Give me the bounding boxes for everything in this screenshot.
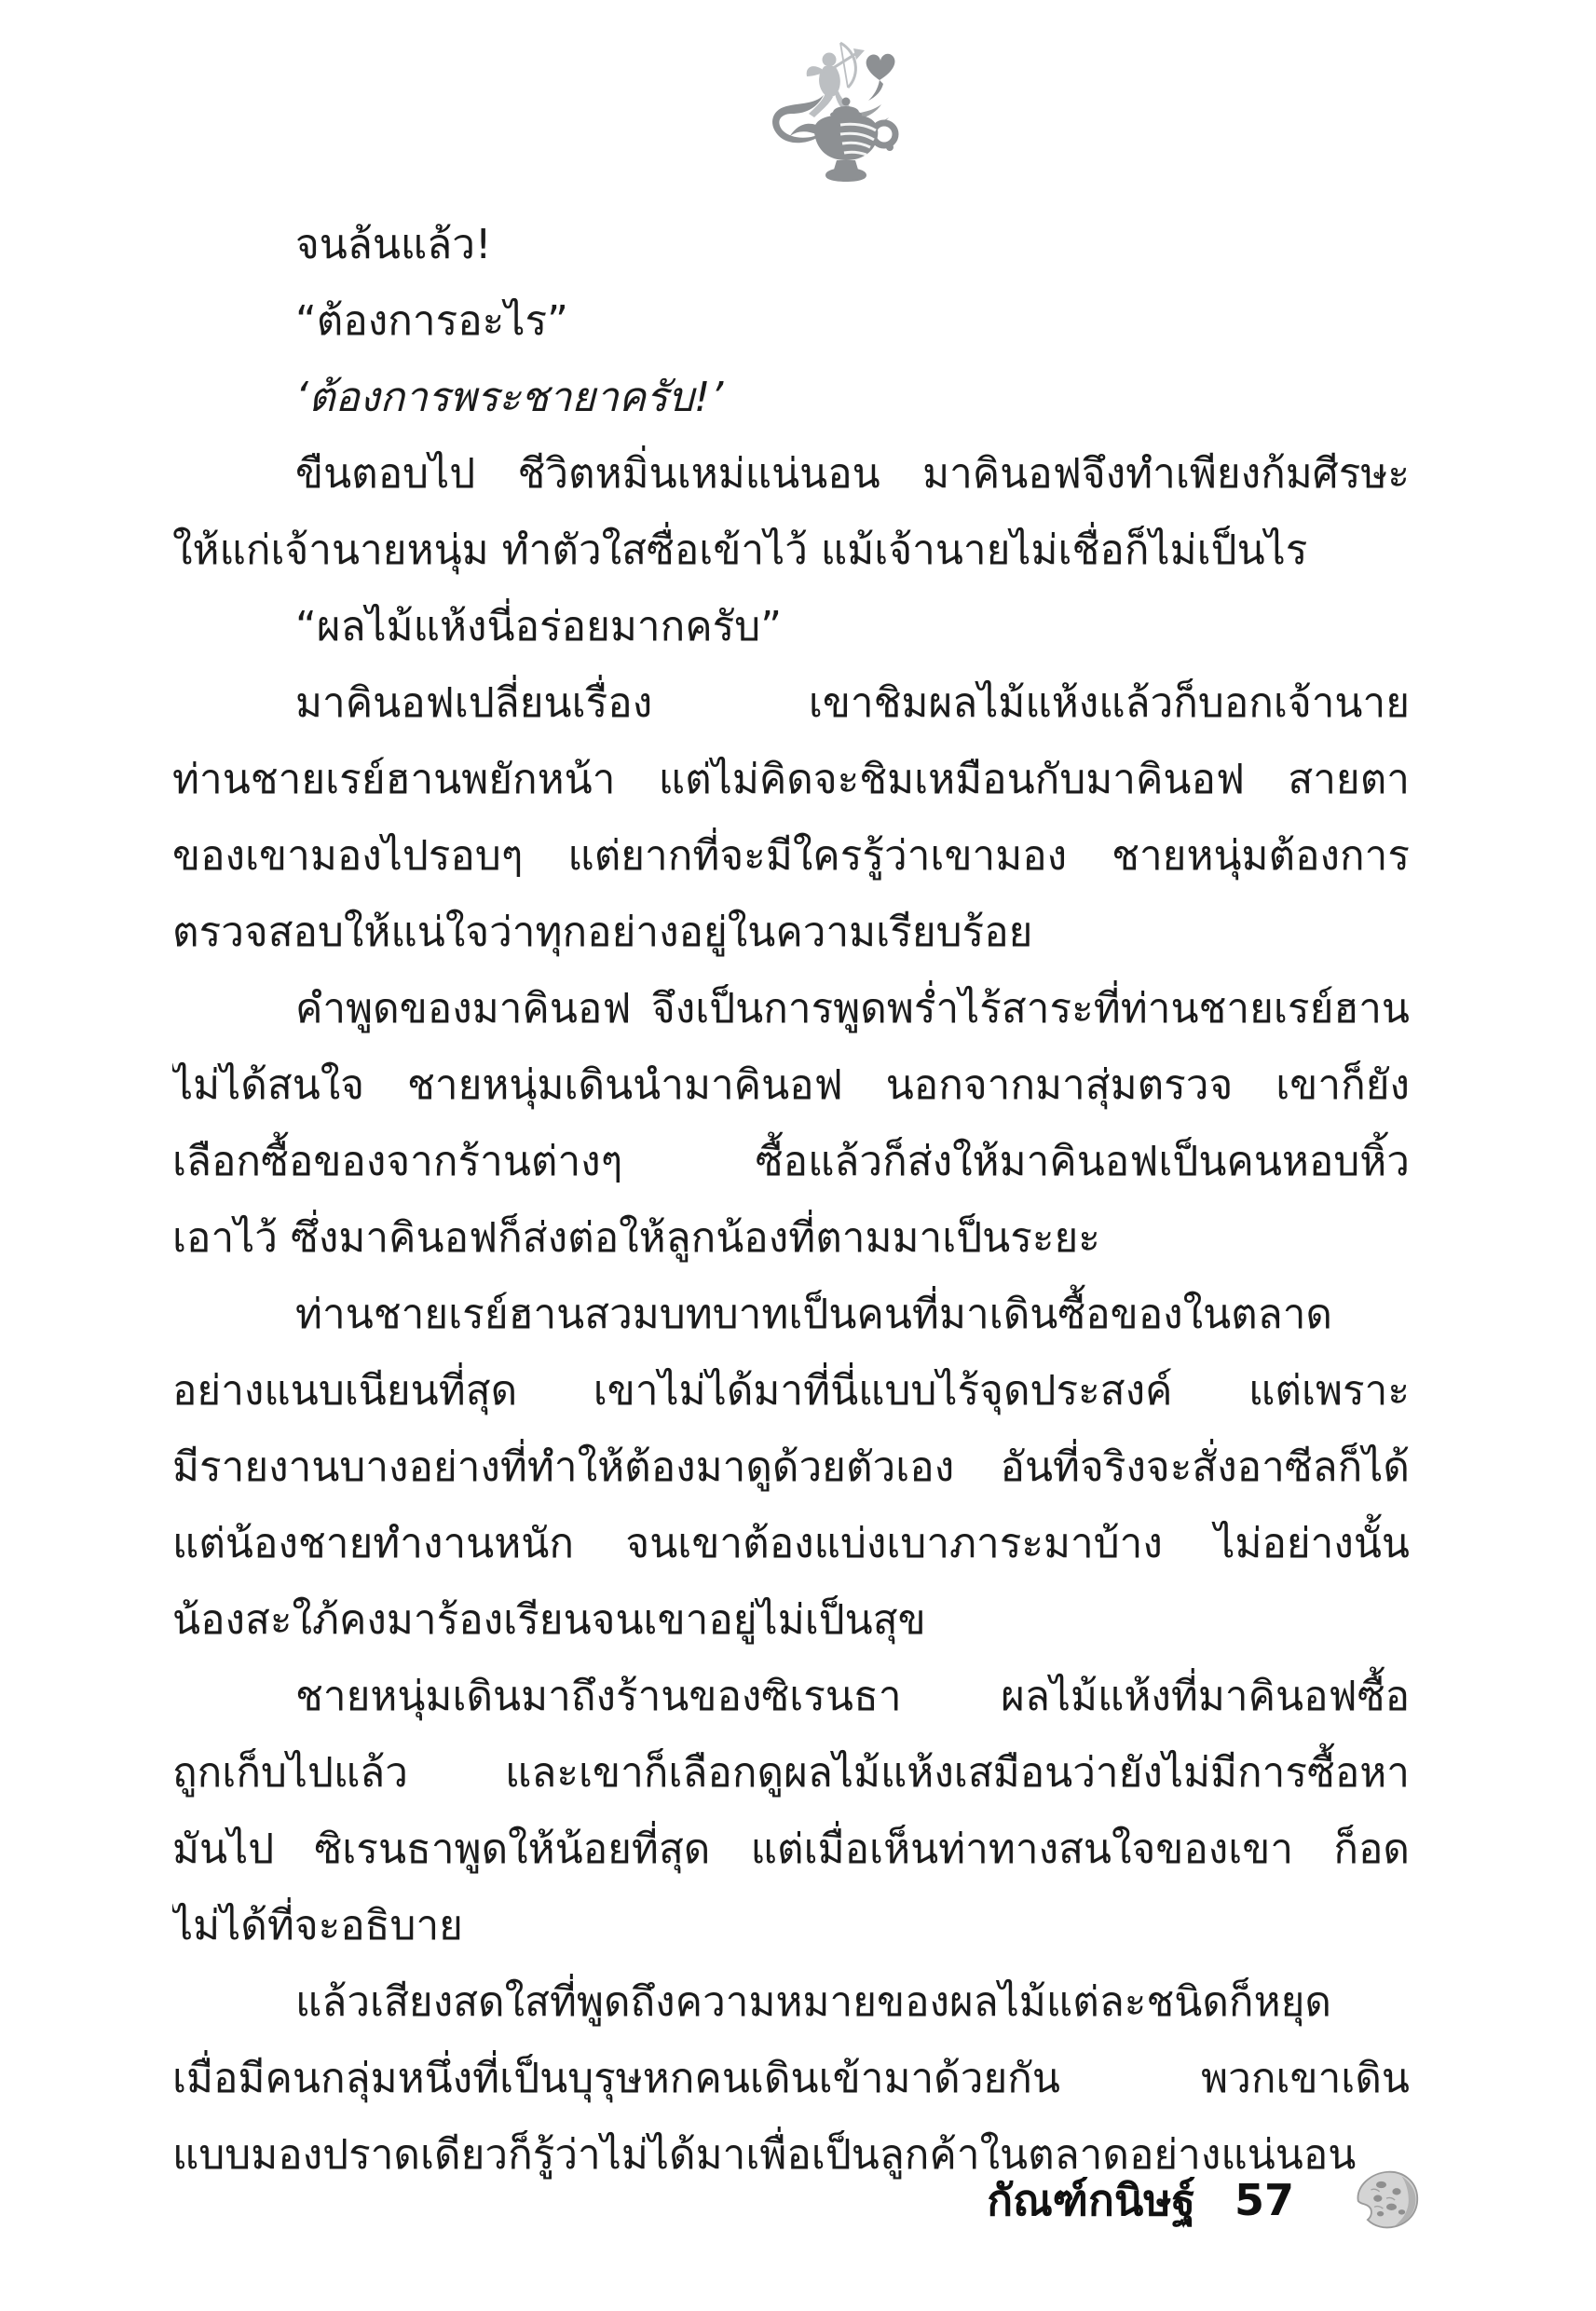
text-line: เอาไว้ ซึ่งมาคินอฟก็ส่งต่อให้ลูกน้องที่ต… [172,1200,1410,1277]
text-line: ท่านชายเรย์ฮานพยักหน้า แต่ไม่คิดจะชิมเหม… [172,742,1410,818]
text-line: น้องสะใภ้คงมาร้องเรียนจนเขาอยู่ไม่เป็นสุ… [172,1582,1410,1659]
text-line: ไม่ได้สนใจ ชายหนุ่มเดินนำมาคินอฟ นอกจากม… [172,1047,1410,1124]
text-line: อย่างแนบเนียนที่สุด เขาไม่ได้มาที่นี่แบบ… [172,1353,1410,1429]
text-line: ชายหนุ่มเดินมาถึงร้านของซิเรนธา ผลไม้แห้… [172,1659,1410,1735]
text-line: ของเขามองไปรอบๆ แต่ยากที่จะมีใครรู้ว่าเข… [172,818,1410,895]
text-line: แล้วเสียงสดใสที่พูดถึงความหมายของผลไม้แต… [172,1964,1410,2041]
book-page: จนล้นแล้ว!“ต้องการอะไร”‘ต้องการพระชายาคร… [0,0,1596,2311]
cookie-icon [1352,2169,1421,2231]
text-line: คำพูดของมาคินอฟ จึงเป็นการพูดพร่ำไร้สาระ… [172,971,1410,1047]
text-line: “ผลไม้แห้งนี่อร่อยมากครับ” [172,589,1410,665]
text-line: ไม่ได้ที่จะอธิบาย [172,1888,1410,1964]
text-line: “ต้องการอะไร” [172,283,1410,360]
text-line: ขืนตอบไป ชีวิตหมิ่นเหม่แน่นอน มาคินอฟจึง… [172,436,1410,513]
page-footer: กัณฑ์กนิษฐ์ 57 [987,2164,1421,2236]
genie-lamp-ornament [766,35,906,183]
text-line: เลือกซื้อของจากร้านต่างๆ ซื้อแล้วก็ส่งให… [172,1124,1410,1200]
book-title: กัณฑ์กนิษฐ์ [987,2164,1195,2236]
text-line: ให้แก่เจ้านายหนุ่ม ทำตัวใสซื่อเข้าไว้ แม… [172,513,1410,589]
genie-lamp-icon [766,35,906,183]
text-line: มันไป ซิเรนธาพูดให้น้อยที่สุด แต่เมื่อเห… [172,1812,1410,1888]
page-number: 57 [1235,2164,1294,2236]
text-block: จนล้นแล้ว!“ต้องการอะไร”‘ต้องการพระชายาคร… [172,207,1410,2194]
text-line: เมื่อมีคนกลุ่มหนึ่งที่เป็นบุรุษหกคนเดินเ… [172,2041,1410,2117]
text-line: ‘ต้องการพระชายาครับ!’ [172,360,1410,436]
text-line: จนล้นแล้ว! [172,207,1410,283]
text-line: มีรายงานบางอย่างที่ทำให้ต้องมาดูด้วยตัวเ… [172,1429,1410,1506]
text-line: ถูกเก็บไปแล้ว และเขาก็เลือกดูผลไม้แห้งเส… [172,1735,1410,1812]
text-line: ตรวจสอบให้แน่ใจว่าทุกอย่างอยู่ในความเรีย… [172,895,1410,971]
text-line: แต่น้องชายทำงานหนัก จนเขาต้องแบ่งเบาภาระ… [172,1506,1410,1582]
text-line: มาคินอฟเปลี่ยนเรื่อง เขาชิมผลไม้แห้งแล้ว… [172,665,1410,742]
text-line: ท่านชายเรย์ฮานสวมบทบาทเป็นคนที่มาเดินซื้… [172,1277,1410,1353]
